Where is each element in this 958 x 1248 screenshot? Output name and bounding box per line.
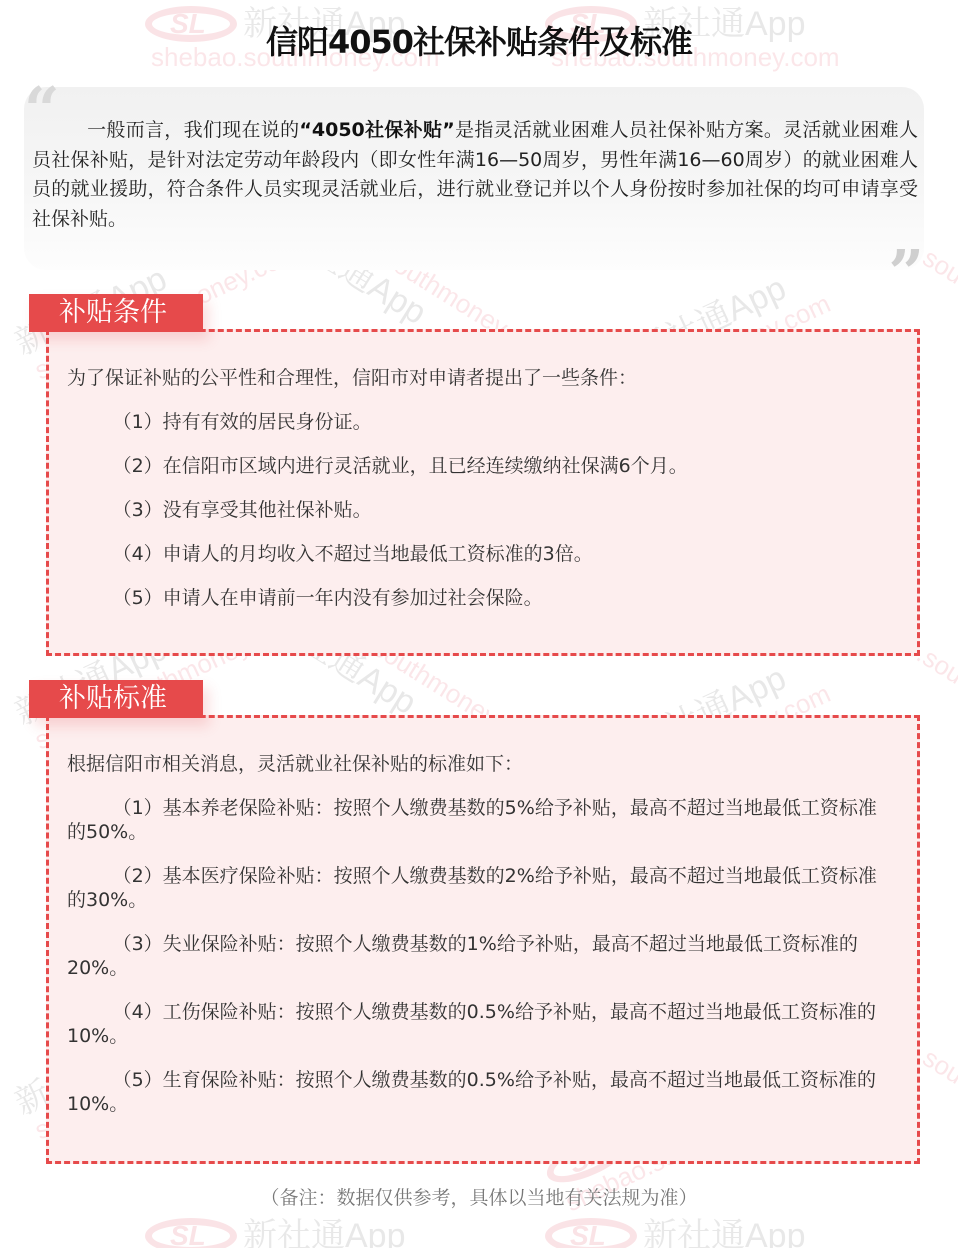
page-title: 信阳4050社保补贴条件及标准: [0, 20, 958, 64]
watermark: 新社通App: [145, 1218, 406, 1248]
sl-logo-icon: [145, 1218, 237, 1248]
condition-item: （4）申请人的月均收入不超过当地最低工资标准的3倍。: [67, 542, 895, 566]
intro-text-before: 一般而言，我们现在说的: [87, 119, 299, 141]
standards-lead: 根据信阳市相关消息，灵活就业社保补贴的标准如下：: [67, 752, 523, 776]
condition-item: （1）持有有效的居民身份证。: [67, 410, 895, 434]
footnote: （备注：数据仅供参考，具体以当地有关法规为准）: [0, 1185, 958, 1211]
standard-item: （3）失业保险补贴：按照个人缴费基数的1%给予补贴，最高不超过当地最低工资标准的…: [67, 932, 895, 980]
standard-item: （1）基本养老保险补贴：按照个人缴费基数的5%给予补贴，最高不超过当地最低工资标…: [67, 796, 895, 844]
watermark: 新社通App: [545, 1218, 806, 1248]
intro-quote-box: “ ” 一般而言，我们现在说的“4050社保补贴”是指灵活就业困难人员社保补贴方…: [24, 87, 924, 270]
standard-item: （5）生育保险补贴：按照个人缴费基数的0.5%给予补贴，最高不超过当地最低工资标…: [67, 1068, 895, 1116]
standard-item: （2）基本医疗保险补贴：按照个人缴费基数的2%给予补贴，最高不超过当地最低工资标…: [67, 864, 895, 912]
standard-item: （4）工伤保险补贴：按照个人缴费基数的0.5%给予补贴，最高不超过当地最低工资标…: [67, 1000, 895, 1048]
section-heading-conditions: 补贴条件: [29, 294, 203, 332]
standards-box: 根据信阳市相关消息，灵活就业社保补贴的标准如下： （1）基本养老保险补贴：按照个…: [46, 715, 920, 1164]
condition-item: （5）申请人在申请前一年内没有参加过社会保险。: [67, 586, 895, 610]
section-heading-standards: 补贴标准: [29, 680, 203, 718]
intro-paragraph: 一般而言，我们现在说的“4050社保补贴”是指灵活就业困难人员社保补贴方案。灵活…: [32, 116, 918, 234]
intro-highlight: “4050社保补贴”: [299, 119, 454, 141]
conditions-lead: 为了保证补贴的公平性和合理性，信阳市对申请者提出了一些条件：: [67, 366, 637, 390]
right-quote-icon: ”: [888, 242, 924, 304]
conditions-box: 为了保证补贴的公平性和合理性，信阳市对申请者提出了一些条件： （1）持有有效的居…: [46, 329, 920, 656]
condition-item: （3）没有享受其他社保补贴。: [67, 498, 895, 522]
condition-item: （2）在信阳市区域内进行灵活就业，且已经连续缴纳社保满6个月。: [67, 454, 895, 478]
sl-logo-icon: [545, 1218, 637, 1248]
